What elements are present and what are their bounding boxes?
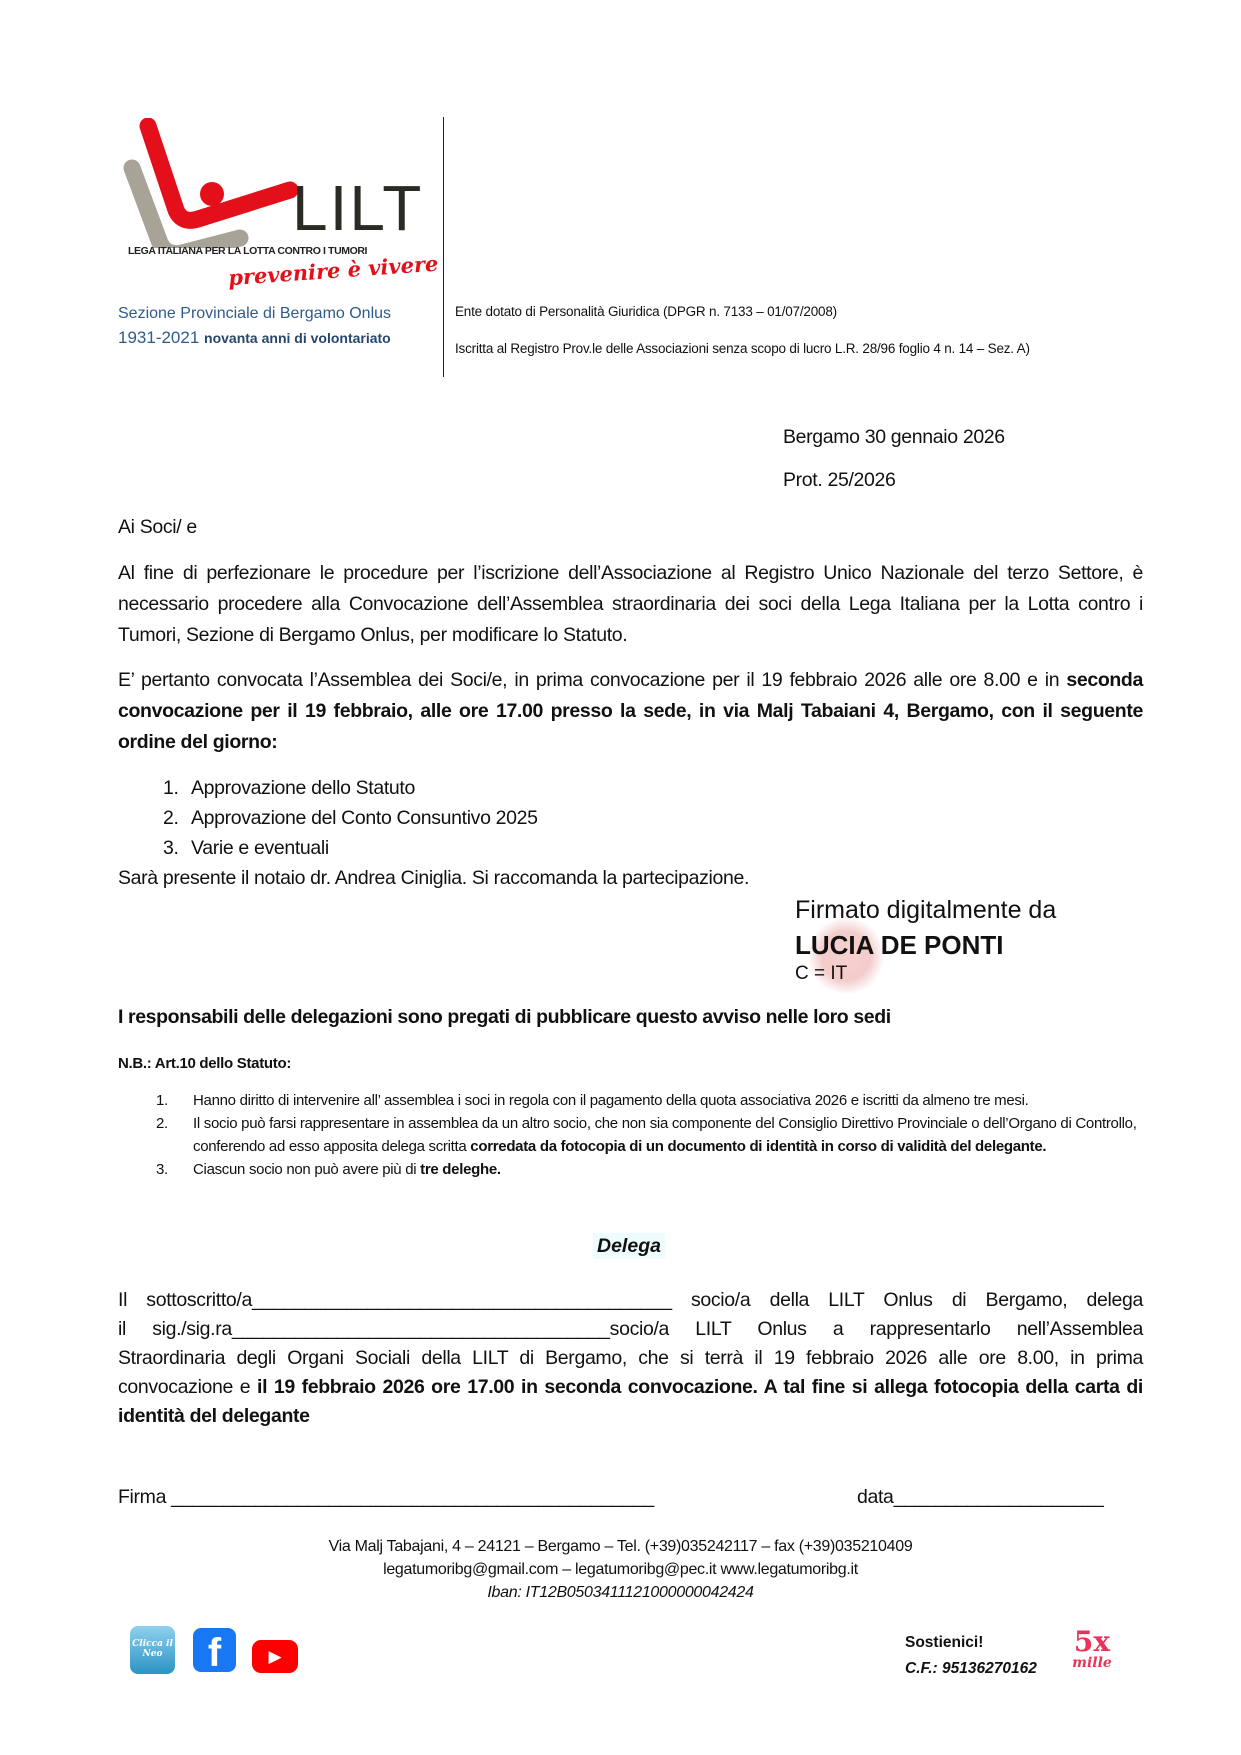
paragraph-2: E’ pertanto convocata l’Assemblea dei So… [118,665,1143,758]
logo-tagline: LEGA ITALIANA PER LA LOTTA CONTRO I TUMO… [128,245,367,257]
delegate-name-field[interactable]: ____________________________________ [232,1318,610,1340]
legal-info-2: Iscritta al Registro Prov.le delle Assoc… [455,341,1030,356]
digital-signature: Firmato digitalmente da LUCIA DE PONTI C… [795,893,1056,985]
agenda-list: 1.Approvazione dello Statuto 2.Approvazi… [163,773,538,863]
closing-sentence: Sarà presente il notaio dr. Andrea Cinig… [118,863,749,894]
agenda-item: 3.Varie e eventuali [163,833,538,863]
years: 1931-2021 [118,328,199,347]
data-field[interactable]: ____________________ [894,1486,1104,1508]
legal-info-1: Ente dotato di Personalità Giuridica (DP… [455,304,837,319]
support-box: Sostienici! C.F.: 95136270162 [905,1630,1037,1682]
salutation: Ai Soci/ e [118,512,197,543]
lilt-logo-mark-icon: LILT [120,118,420,248]
protocol-number: Prot. 25/2026 [783,465,896,496]
place-date: Bergamo 30 gennaio 2026 [783,422,1005,453]
responsabili-notice: I responsabili delle delegazioni sono pr… [118,1006,891,1029]
delega-form: Il sottoscritto/a_______________________… [118,1286,1143,1431]
firma-label: Firma [118,1486,166,1508]
svg-text:LILT: LILT [292,172,420,244]
delega-title: Delega [593,1233,665,1259]
paragraph-2-plain: E’ pertanto convocata l’Assemblea dei So… [118,669,1066,691]
statute-notes: N.B.: Art.10 dello Statuto: 1.Hanno diri… [118,1052,1138,1181]
agenda-item: 1.Approvazione dello Statuto [163,773,538,803]
support-label: Sostienici! [905,1630,1037,1656]
signature-label: Firmato digitalmente da [795,893,1056,927]
nb-title: N.B.: Art.10 dello Statuto: [118,1052,1138,1075]
firma-row: Firma __________________________________… [118,1482,654,1513]
data-label: data [857,1486,894,1508]
rule-item: 3.Ciascun socio non può avere più di tre… [118,1158,1138,1181]
clicca-il-neo-icon[interactable]: Clicca il Neo [130,1626,175,1674]
footer-address: Via Malj Tabajani, 4 – 24121 – Bergamo –… [0,1535,1241,1558]
statute-rules: 1.Hanno diritto di intervenire all’ asse… [118,1089,1138,1181]
delega-rest: Straordinaria degli Organi Sociali della… [118,1344,1143,1431]
firma-field[interactable]: ________________________________________… [171,1486,654,1508]
data-row: data____________________ [857,1482,1103,1513]
facebook-icon[interactable]: f [193,1628,236,1672]
anniversary-line: 1931-2021 novanta anni di volontariato [118,328,391,348]
youtube-icon[interactable]: ▶ [252,1640,298,1673]
header-divider [443,117,444,377]
delega-line-2: il sig./sig.ra__________________________… [118,1315,1143,1344]
delega-line-1: Il sottoscritto/a_______________________… [118,1286,1143,1315]
agenda-item: 2.Approvazione del Conto Consuntivo 2025 [163,803,538,833]
rule-item: 2.Il socio può farsi rappresentare in as… [118,1112,1138,1158]
fiscal-code: C.F.: 95136270162 [905,1660,1037,1677]
five-x-mille-icon: 5x mille [1068,1628,1116,1670]
delegator-name-field[interactable]: ________________________________________ [252,1289,672,1311]
signer-name: LUCIA DE PONTI [795,927,1056,963]
signer-country: C = IT [795,963,1056,985]
footer-iban: Iban: IT12B0503411121000000042424 [0,1581,1241,1604]
paragraph-1: Al fine di perfezionare le procedure per… [118,558,1143,651]
footer-contacts: legatumoribg@gmail.com – legatumoribg@pe… [0,1558,1241,1581]
years-caption: novanta anni di volontariato [204,330,391,346]
rule-item: 1.Hanno diritto di intervenire all’ asse… [118,1089,1138,1112]
section-name: Sezione Provinciale di Bergamo Onlus [118,305,391,323]
